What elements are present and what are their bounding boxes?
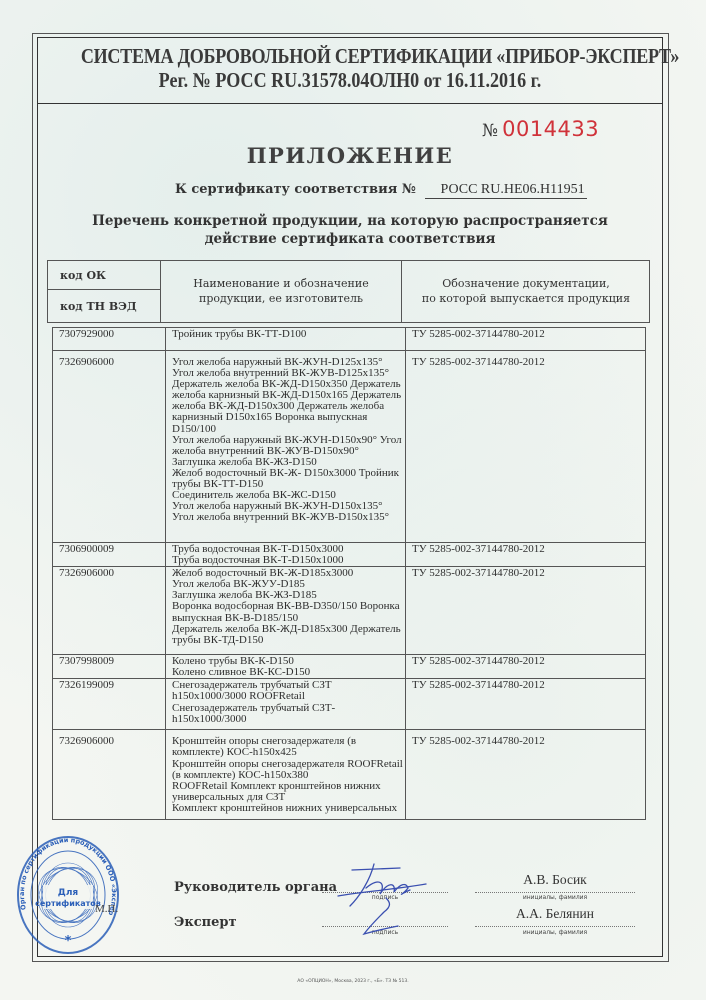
name-line: Тройник трубы ВК-ТТ-D100 bbox=[172, 329, 399, 340]
product-name: Снегозадержатель трубчатый СЗТ h150x1000… bbox=[166, 679, 406, 730]
column-header-code-ok: код ОК bbox=[48, 261, 161, 290]
table-row: 7326906000 Желоб водосточный ВК-Ж-D185x3… bbox=[53, 567, 646, 655]
head-name-line bbox=[475, 892, 635, 893]
certification-system-title: СИСТЕМА ДОБРОВОЛЬНОЙ СЕРТИФИКАЦИИ «ПРИБО… bbox=[81, 44, 619, 69]
name-line: D150/100 bbox=[172, 424, 399, 435]
printer-info: АО «ОПЦИОН», Москва, 2023 г., «Б». ТЗ № … bbox=[0, 979, 706, 984]
column-header-documentation: Обозначение документации, по которой вып… bbox=[402, 261, 650, 322]
product-name: Колено трубы ВК-К-D150 Колено сливное ВК… bbox=[166, 655, 406, 679]
product-name: Угол желоба наружный ВК-ЖУН-D125x135° Уг… bbox=[166, 351, 406, 543]
document-number-value: 0014433 bbox=[502, 117, 599, 141]
name-line: Кронштейн опоры снегозадержателя ROOFRet… bbox=[172, 759, 399, 770]
product-documentation: ТУ 5285-002-37144780-2012 bbox=[406, 328, 646, 351]
svg-text:*: * bbox=[65, 934, 72, 949]
table-row: 7326199009 Снегозадержатель трубчатый СЗ… bbox=[53, 679, 646, 730]
product-list-title: Перечень конкретной продукции, на котору… bbox=[37, 212, 663, 248]
expert-label: Эксперт bbox=[174, 915, 237, 930]
table-row: 7326906000 Кронштейн опоры снегозадержат… bbox=[53, 730, 646, 820]
name-line: выпускная ВК-В-D185/150 bbox=[172, 613, 399, 624]
table-row: 7326906000 Угол желоба наружный ВК-ЖУН-D… bbox=[53, 351, 646, 543]
name-line: Угол желоба внутренний ВК-ЖУВ-D150x135° bbox=[172, 512, 399, 523]
column-header-product-name: Наименование и обозначение продукции, ее… bbox=[161, 261, 402, 322]
header-divider bbox=[37, 103, 663, 104]
document-number: №0014433 bbox=[482, 117, 599, 141]
product-code: 7306900009 bbox=[53, 543, 166, 567]
product-code: 7307929000 bbox=[53, 328, 166, 351]
product-documentation: ТУ 5285-002-37144780-2012 bbox=[406, 351, 646, 543]
header-text: по которой выпускается продукция bbox=[402, 291, 650, 306]
product-name: Кронштейн опоры снегозадержателя (в комп… bbox=[166, 730, 406, 820]
certificate-reference: К сертификату соответствия № РОСС RU.HE0… bbox=[175, 182, 587, 199]
expert-name-line bbox=[475, 926, 635, 927]
registration-number: Рег. № РОСС RU.31578.04ОЛН0 от 16.11.201… bbox=[81, 68, 619, 93]
product-code: 7326199009 bbox=[53, 679, 166, 730]
head-of-body-label: Руководитель органа bbox=[174, 880, 337, 895]
product-documentation: ТУ 5285-002-37144780-2012 bbox=[406, 655, 646, 679]
product-documentation: ТУ 5285-002-37144780-2012 bbox=[406, 543, 646, 567]
product-table: 7307929000 Тройник трубы ВК-ТТ-D100 ТУ 5… bbox=[52, 327, 646, 820]
handwritten-signature-icon bbox=[330, 860, 440, 945]
table-row: 7306900009 Труба водосточная ВК-Т-D150x3… bbox=[53, 543, 646, 567]
name-line: Воронка водосборная ВК-ВВ-D350/150 Ворон… bbox=[172, 601, 399, 612]
product-code: 7326906000 bbox=[53, 351, 166, 543]
svg-text:сертификатов: сертификатов bbox=[35, 899, 101, 908]
name-line: Комплект кронштейнов нижних универсальны… bbox=[172, 803, 399, 814]
product-documentation: ТУ 5285-002-37144780-2012 bbox=[406, 730, 646, 820]
product-name: Желоб водосточный ВК-Ж-D185x3000 Угол же… bbox=[166, 567, 406, 655]
svg-text:Для: Для bbox=[58, 888, 79, 898]
number-sign: № bbox=[482, 121, 498, 141]
name-line: трубы ВК-ТД-D150 bbox=[172, 635, 399, 646]
list-title-line-1: Перечень конкретной продукции, на котору… bbox=[37, 212, 663, 230]
list-title-line-2: действие сертификата соответствия bbox=[37, 230, 663, 248]
name-caption: инициалы, фамилия bbox=[475, 929, 635, 936]
table-row: 7307929000 Тройник трубы ВК-ТТ-D100 ТУ 5… bbox=[53, 328, 646, 351]
name-line: Колено сливное ВК-КС-D150 bbox=[172, 667, 399, 678]
certificate-number: РОСС RU.HE06.H11951 bbox=[425, 182, 587, 199]
product-documentation: ТУ 5285-002-37144780-2012 bbox=[406, 567, 646, 655]
certificate-label: К сертификату соответствия № bbox=[175, 182, 416, 197]
name-caption: инициалы, фамилия bbox=[475, 894, 635, 901]
product-code: 7326906000 bbox=[53, 730, 166, 820]
header-text: Обозначение документации, bbox=[402, 276, 650, 291]
column-header-code-tn: код ТН ВЭД bbox=[48, 290, 161, 323]
table-header: код ОК код ТН ВЭД Наименование и обознач… bbox=[47, 260, 650, 323]
name-line: комплекте) КОС-h150x425 bbox=[172, 747, 399, 758]
table-row: 7307998009 Колено трубы ВК-К-D150 Колено… bbox=[53, 655, 646, 679]
product-code: 7326906000 bbox=[53, 567, 166, 655]
header-text: продукции, ее изготовитель bbox=[161, 291, 401, 306]
name-line: карнизный D150x165 Воронка выпускная bbox=[172, 412, 399, 423]
name-line: Труба водосточная ВК-Т-D150x1000 bbox=[172, 555, 399, 566]
name-line: h150x1000/3000 ROOFRetail bbox=[172, 691, 399, 702]
product-documentation: ТУ 5285-002-37144780-2012 bbox=[406, 679, 646, 730]
product-code: 7307998009 bbox=[53, 655, 166, 679]
expert-name: А.А. Белянин bbox=[475, 906, 635, 922]
page-title: ПРИЛОЖЕНИЕ bbox=[37, 143, 663, 168]
header-text: Наименование и обозначение bbox=[161, 276, 401, 291]
product-name: Тройник трубы ВК-ТТ-D100 bbox=[166, 328, 406, 351]
stamp-place-label: М.П. bbox=[95, 903, 118, 915]
name-line: h150x1000/3000 bbox=[172, 714, 399, 725]
head-name: А.В. Босик bbox=[475, 872, 635, 888]
product-name: Труба водосточная ВК-Т-D150x3000 Труба в… bbox=[166, 543, 406, 567]
name-line: Снегозадержатель трубчатый СЗТ- bbox=[172, 703, 399, 714]
certification-stamp-icon: Для сертификатов * Орган по сертификации… bbox=[13, 833, 123, 963]
